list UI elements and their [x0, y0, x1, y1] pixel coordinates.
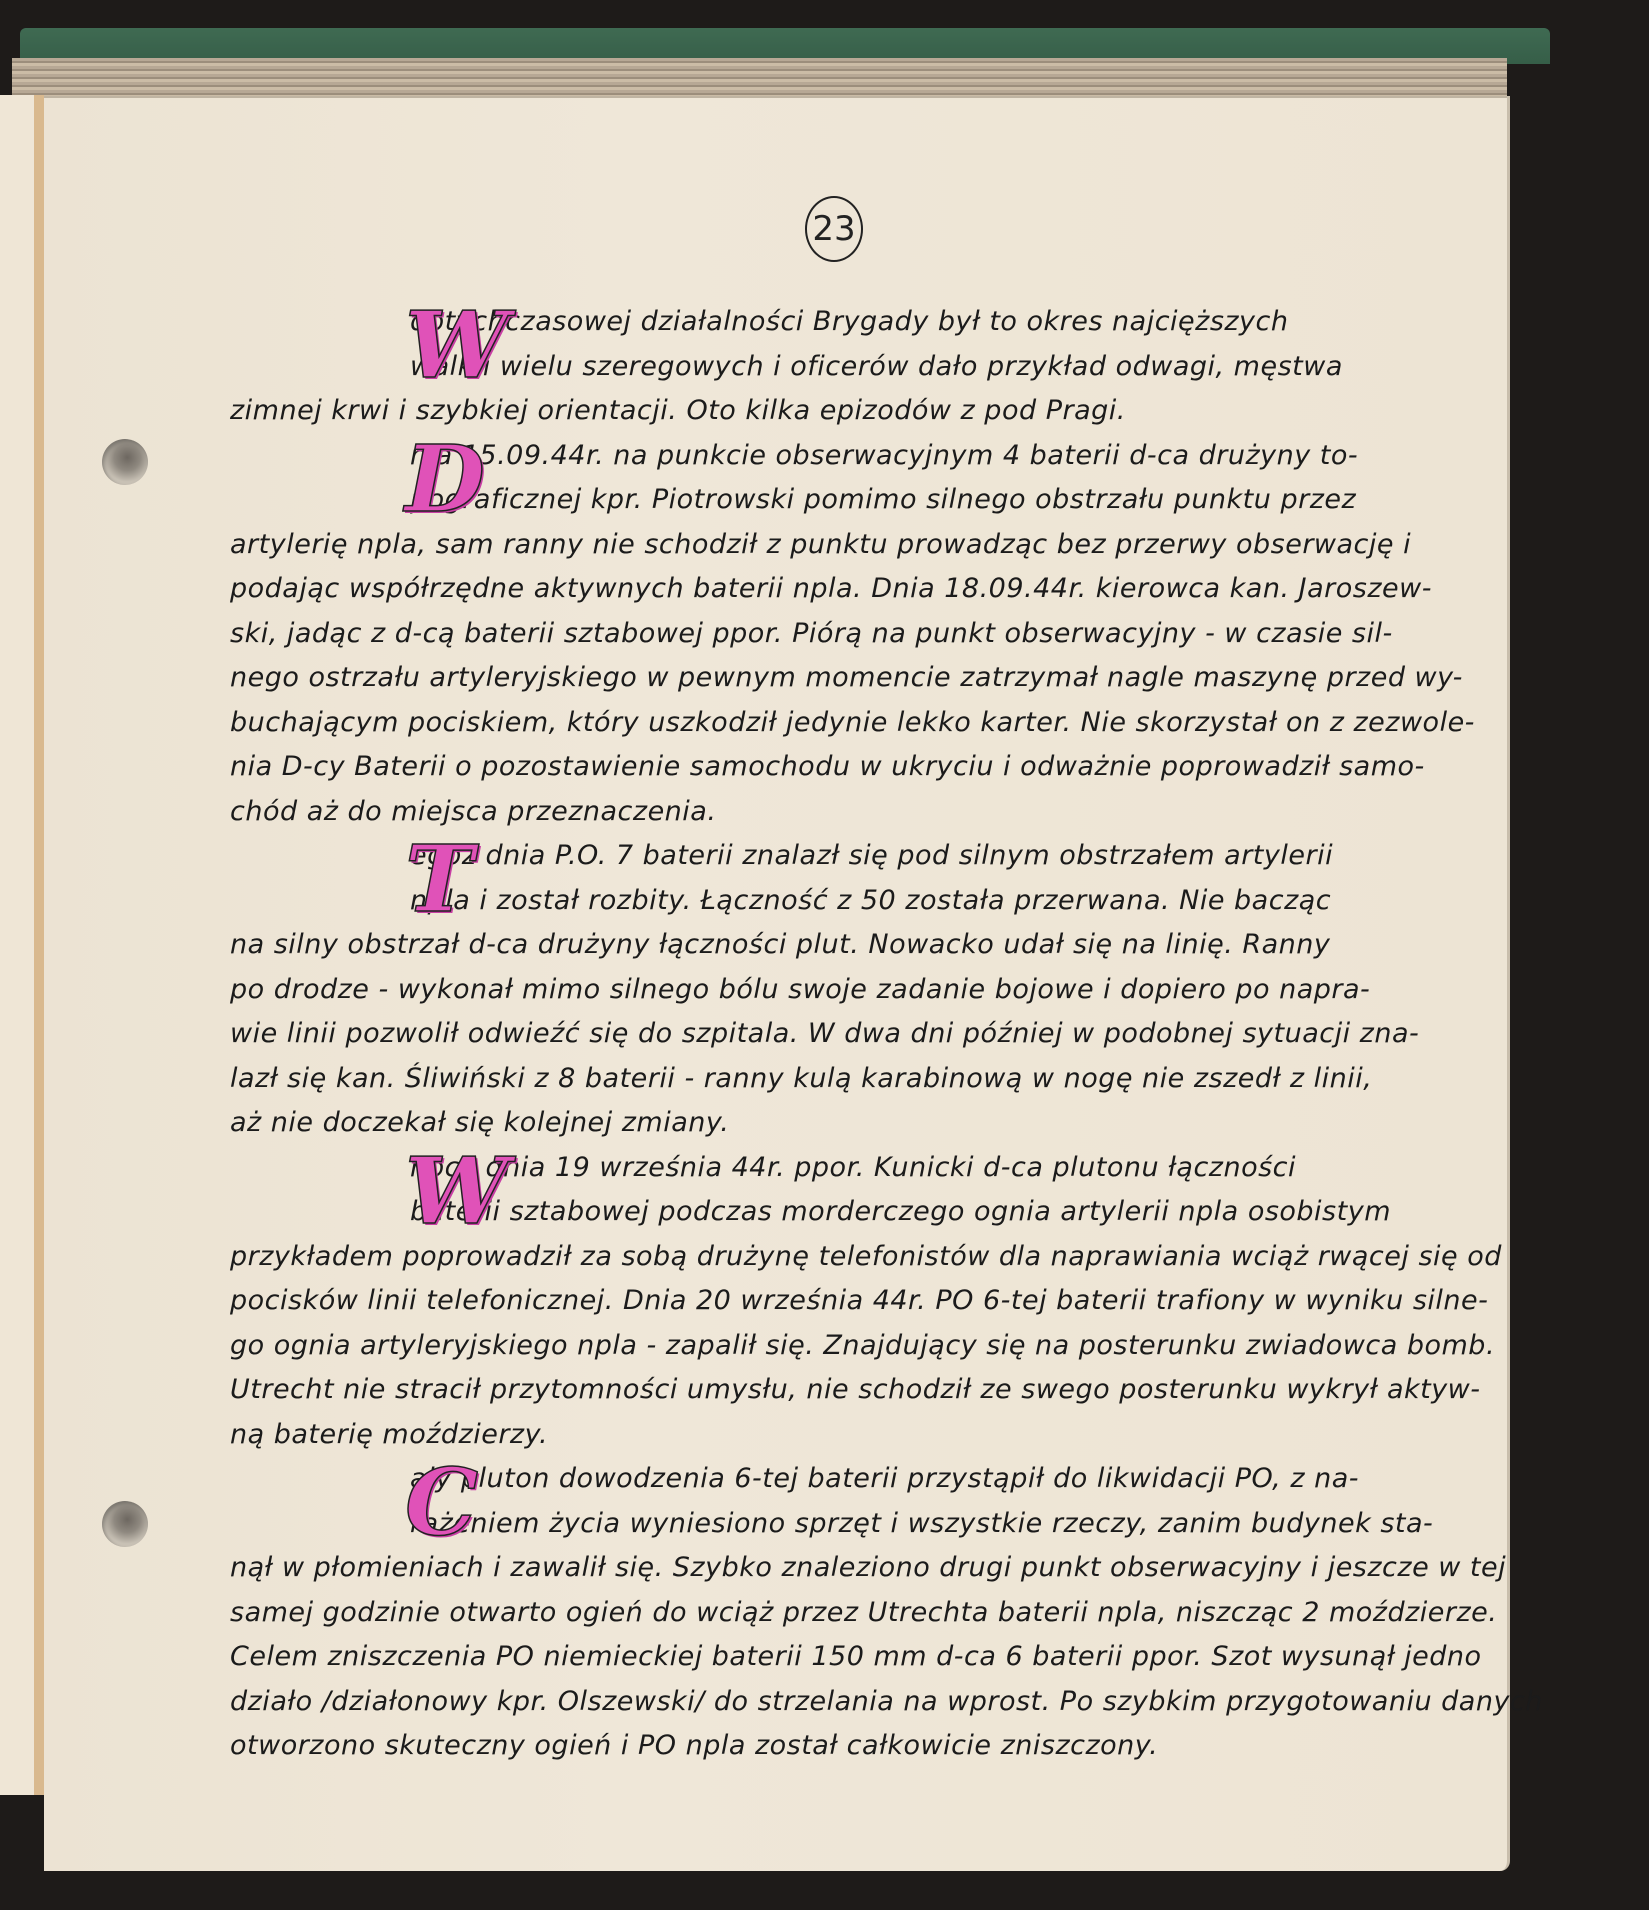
text-line: lazł się kan. Śliwiński z 8 baterii - ra… [230, 1057, 1420, 1102]
text-line: działo /działonowy kpr. Olszewski/ do st… [230, 1680, 1420, 1725]
illuminated-initial: W [405, 1146, 509, 1236]
binder-hole-bottom [102, 1501, 148, 1547]
text-line: nego ostrzału artyleryjskiego w pewnym m… [230, 656, 1420, 701]
text-line: podając współrzędne aktywnych baterii np… [230, 567, 1420, 612]
text-line: go ognia artyleryjskiego npla - zapalił … [230, 1324, 1420, 1369]
text-line: Celem zniszczenia PO niemieckiej baterii… [230, 1635, 1420, 1680]
paragraph-5: C ały pluton dowodzenia 6-tej baterii pr… [230, 1457, 1420, 1769]
page-number-text: 23 [812, 209, 855, 249]
illuminated-initial: C [405, 1457, 479, 1547]
text-line: Utrecht nie stracił przytomności umysłu,… [230, 1368, 1420, 1413]
illuminated-initial: T [405, 834, 474, 924]
text-line: wie linii pozwolił odwieźć się do szpita… [230, 1012, 1420, 1057]
text-line: samej godzinie otwarto ogień do wciąż pr… [230, 1591, 1420, 1636]
handwritten-text: W dotychczasowej działalności Brygady by… [230, 300, 1420, 1769]
text-line: pocisków linii telefonicznej. Dnia 20 wr… [230, 1279, 1420, 1324]
illuminated-initial: W [405, 300, 509, 390]
paragraph-4: W nocy dnia 19 września 44r. ppor. Kunic… [230, 1146, 1420, 1458]
paragraph-2: D nia 15.09.44r. na punkcie obserwacyjny… [230, 434, 1420, 835]
text-line: po drodze - wykonał mimo silnego bólu sw… [230, 968, 1420, 1013]
text-line: otworzono skuteczny ogień i PO npla zost… [230, 1724, 1420, 1769]
illuminated-initial: D [405, 434, 485, 524]
text-line: nia D-cy Baterii o pozostawienie samocho… [230, 745, 1420, 790]
text-line: buchającym pociskiem, który uszkodził je… [230, 701, 1420, 746]
paragraph-3: T egoż dnia P.O. 7 baterii znalazł się p… [230, 834, 1420, 1146]
binding-strip [34, 95, 44, 1795]
binder-hole-top [102, 439, 148, 485]
page-edges [12, 58, 1507, 98]
paragraph-1: W dotychczasowej działalności Brygady by… [230, 300, 1420, 434]
text-line: ski, jadąc z d-cą baterii sztabowej ppor… [230, 612, 1420, 657]
page-number: 23 [805, 196, 863, 262]
